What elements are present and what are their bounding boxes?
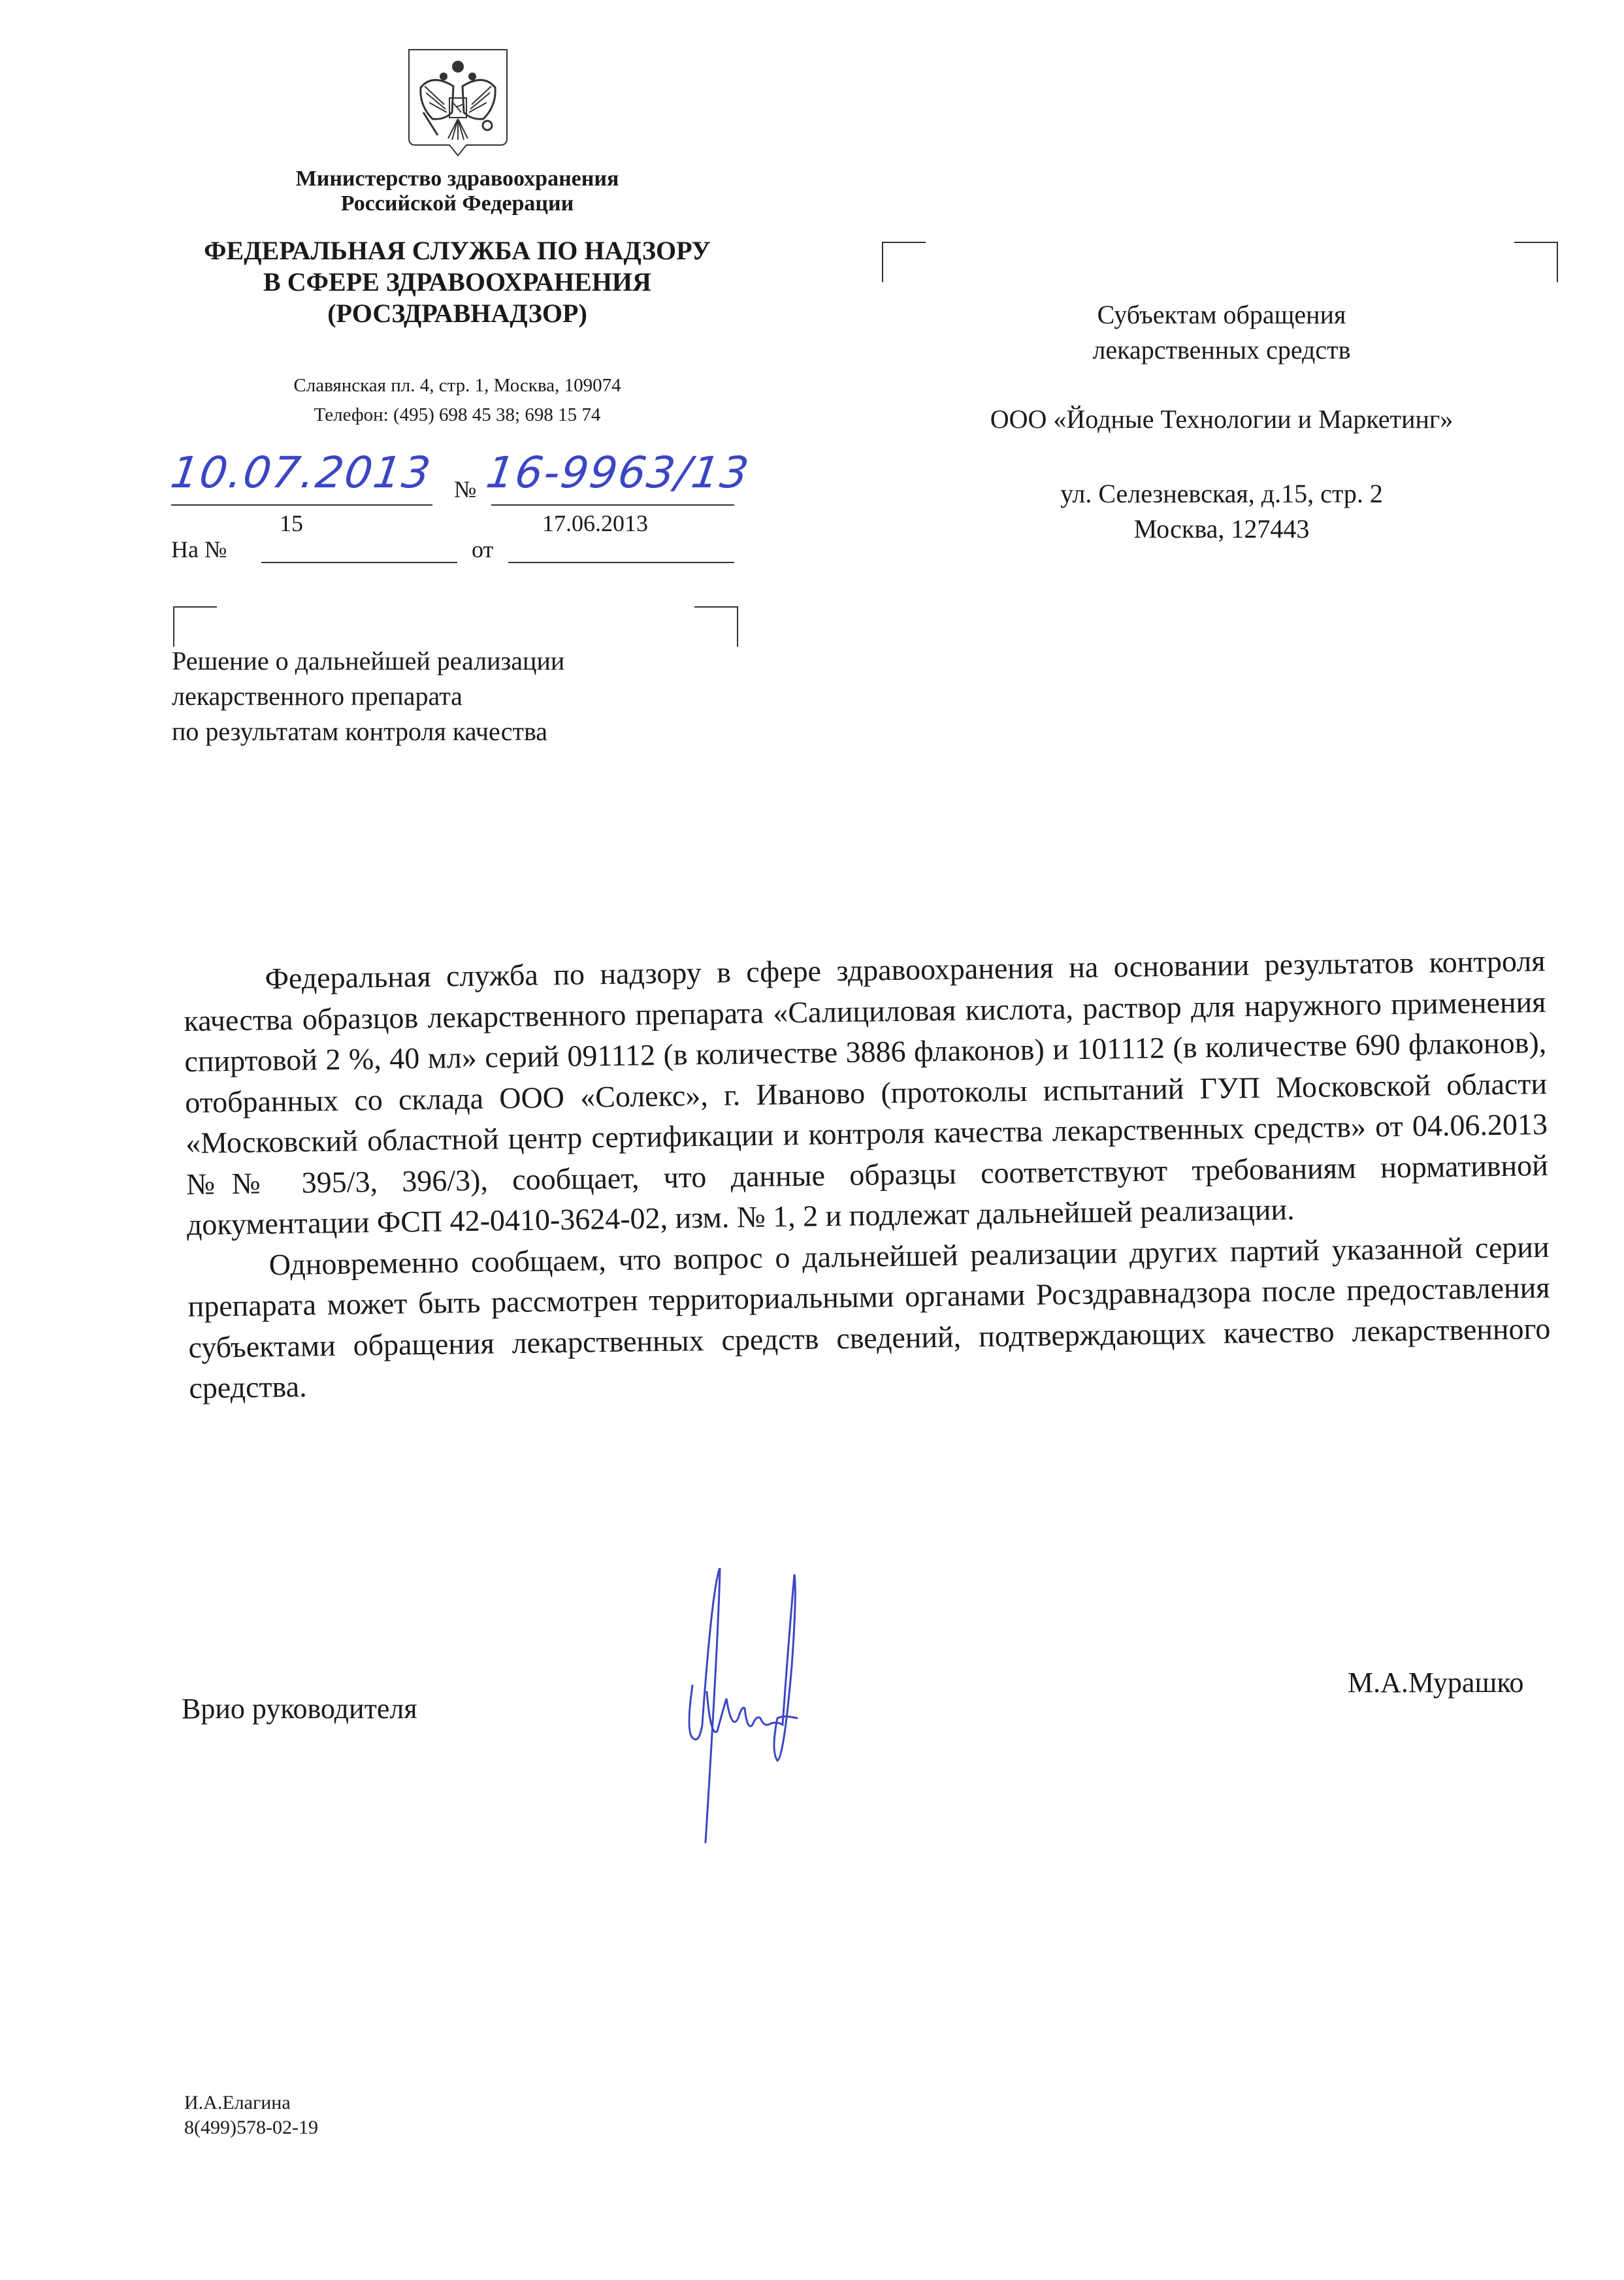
coat-of-arms-icon: [406, 47, 510, 158]
reference-date-underline: [508, 562, 734, 563]
reference-date: 17.06.2013: [542, 510, 648, 537]
executor-name: И.А.Елагина: [184, 2091, 318, 2115]
subject-bracket-left: [173, 606, 217, 647]
registration-date: 10.07.2013: [168, 448, 435, 498]
recipient-city: Москва, 127443: [895, 512, 1548, 547]
number-sign: №: [454, 476, 476, 503]
executor-info: И.А.Елагина 8(499)578-02-19: [184, 2091, 318, 2140]
signatory-name: М.А.Мурашко: [1348, 1666, 1523, 1699]
recipient-bracket-left: [882, 242, 926, 282]
registration-number-underline: [491, 504, 734, 506]
ministry-name: Министерство здравоохранения Российской …: [196, 167, 719, 216]
handwritten-signature-icon: [679, 1568, 954, 1868]
subject-line-2: лекарственного препарата: [172, 679, 760, 714]
body-paragraph-2: Одновременно сообщаем, что вопрос о даль…: [187, 1226, 1551, 1409]
recipient-line-1: Субъектам обращения: [895, 297, 1548, 333]
sender-contacts: Славянская пл. 4, стр. 1, Москва, 109074…: [196, 371, 719, 430]
service-line-2: В СФЕРЕ ЗДРАВООХРАНЕНИЯ: [131, 267, 784, 298]
reference-number-underline: [261, 562, 457, 563]
subject-line-1: Решение о дальнейшей реализации: [172, 643, 760, 679]
service-name: ФЕДЕРАЛЬНАЯ СЛУЖБА ПО НАДЗОРУ В СФЕРЕ ЗД…: [131, 235, 784, 329]
subject-bracket-right: [694, 606, 738, 647]
registration-number: 16-9963/13: [483, 448, 753, 498]
recipient-street: ул. Селезневская, д.15, стр. 2: [895, 476, 1548, 512]
signatory-title: Врио руководителя: [182, 1692, 417, 1725]
body-paragraph-1: Федеральная служба по надзору в сфере зд…: [183, 941, 1549, 1246]
service-line-1: ФЕДЕРАЛЬНАЯ СЛУЖБА ПО НАДЗОРУ: [131, 235, 784, 267]
letter-body: Федеральная служба по надзору в сфере зд…: [183, 941, 1551, 1409]
ministry-line-2: Российской Федерации: [196, 191, 719, 216]
ministry-line-1: Министерство здравоохранения: [196, 167, 719, 191]
reference-number-label: На №: [171, 536, 227, 563]
letter-subject: Решение о дальнейшей реализации лекарств…: [172, 643, 760, 749]
executor-phone: 8(499)578-02-19: [184, 2115, 318, 2140]
subject-line-3: по результатам контроля качества: [172, 714, 760, 749]
recipient-line-2: лекарственных средств: [895, 333, 1548, 368]
reference-date-label: от: [472, 536, 493, 563]
sender-address: Славянская пл. 4, стр. 1, Москва, 109074: [196, 371, 719, 400]
recipient-bracket-right: [1514, 242, 1558, 282]
recipient-block: Субъектам обращения лекарственных средст…: [895, 297, 1548, 547]
recipient-company: ООО «Йодные Технологии и Маркетинг»: [895, 402, 1548, 437]
reference-number: 15: [280, 510, 303, 537]
service-line-3: (РОСЗДРАВНАДЗОР): [131, 298, 784, 329]
registration-date-underline: [171, 504, 432, 506]
sender-phone: Телефон: (495) 698 45 38; 698 15 74: [196, 400, 719, 430]
